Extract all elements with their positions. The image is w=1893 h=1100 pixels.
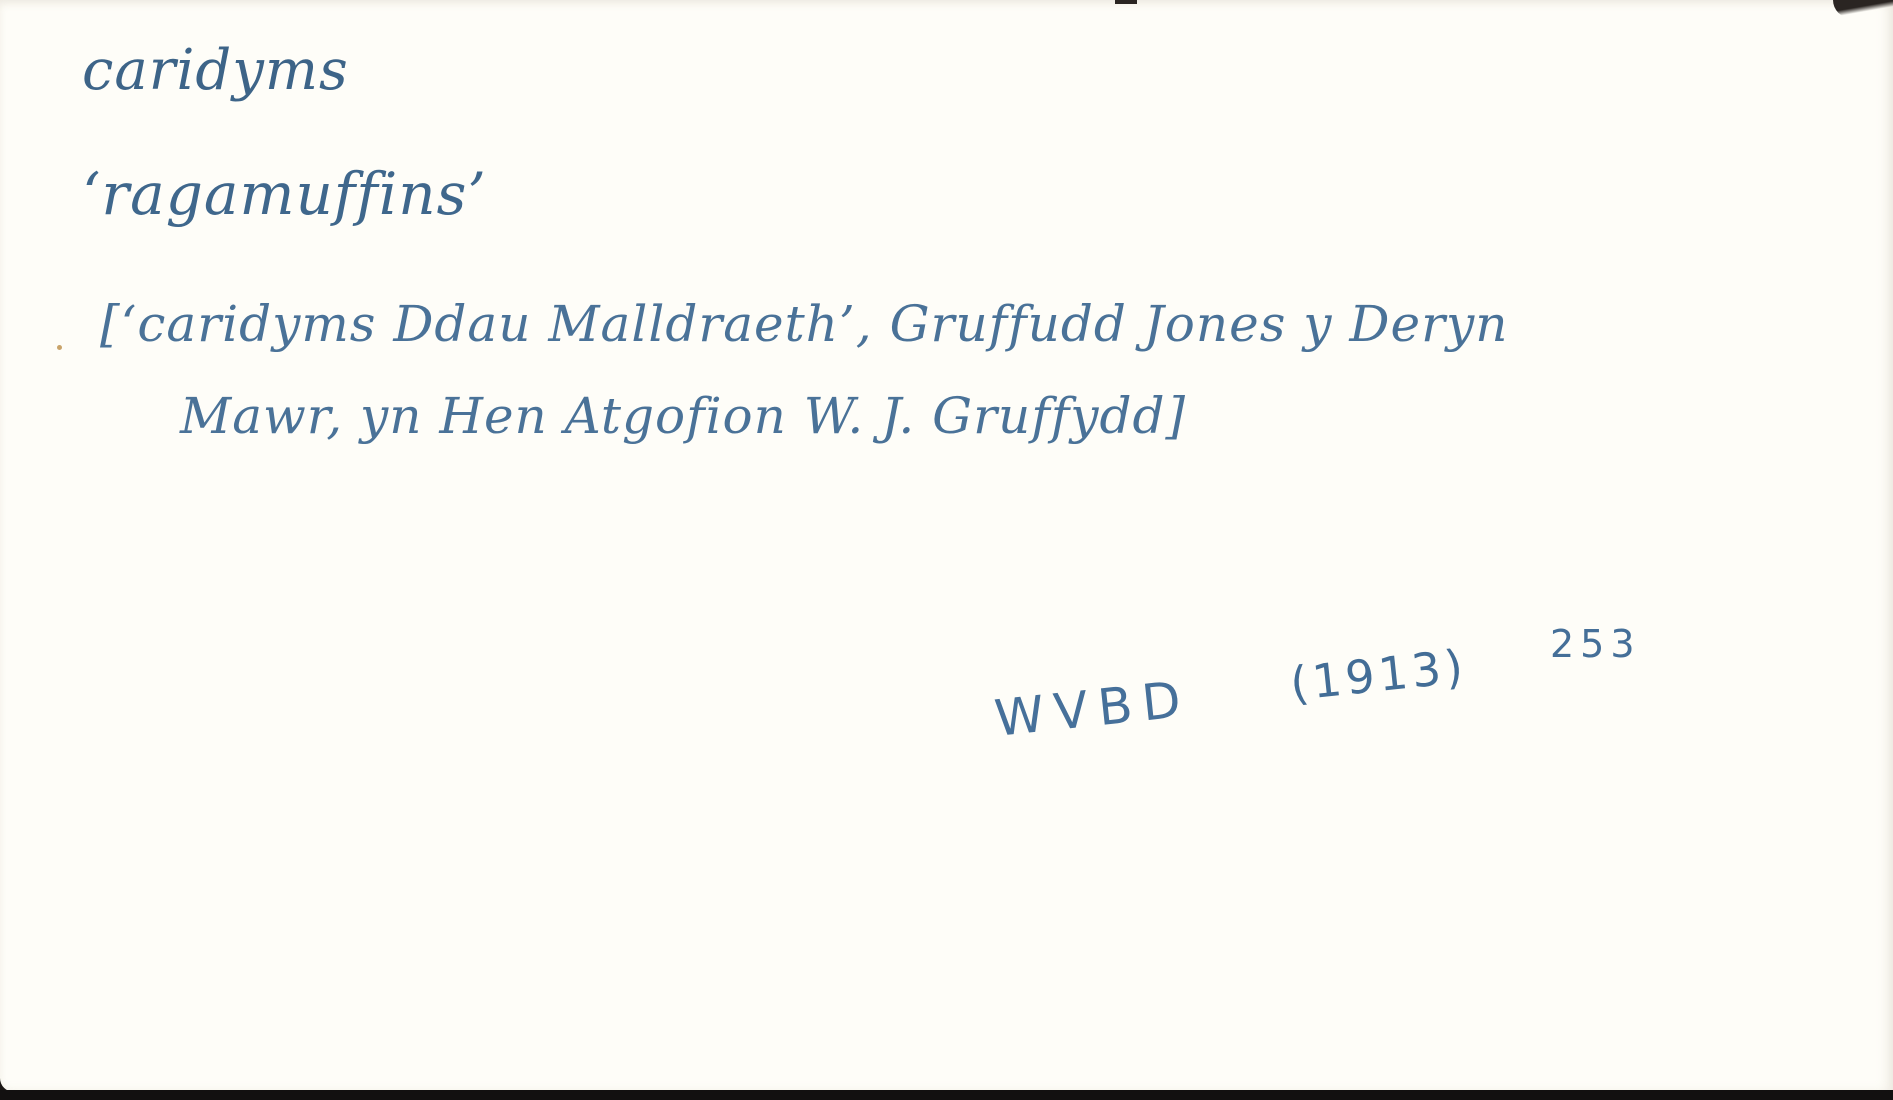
source-year: (1913) [1288,639,1470,711]
index-card: caridyms ‘ragamuffins’ [‘caridyms Ddau M… [0,0,1893,1092]
gloss: ‘ragamuffins’ [82,160,487,228]
card-edge-notch [1115,0,1137,4]
card-corner-shadow [1833,0,1893,18]
source-abbreviation: WVBD [992,670,1193,748]
background-edge [0,1090,1893,1100]
headword: caridyms [82,38,349,103]
source-page: 253 [1550,622,1641,666]
citation: [‘caridyms Ddau Malldraeth’, Gruffudd Jo… [100,278,1800,462]
citation-line-2: Mawr, yn Hen Atgofion W. J. Gruffydd] [100,370,1800,462]
citation-line-1: [‘caridyms Ddau Malldraeth’, Gruffudd Jo… [100,295,1508,353]
paper-speck [57,345,62,350]
